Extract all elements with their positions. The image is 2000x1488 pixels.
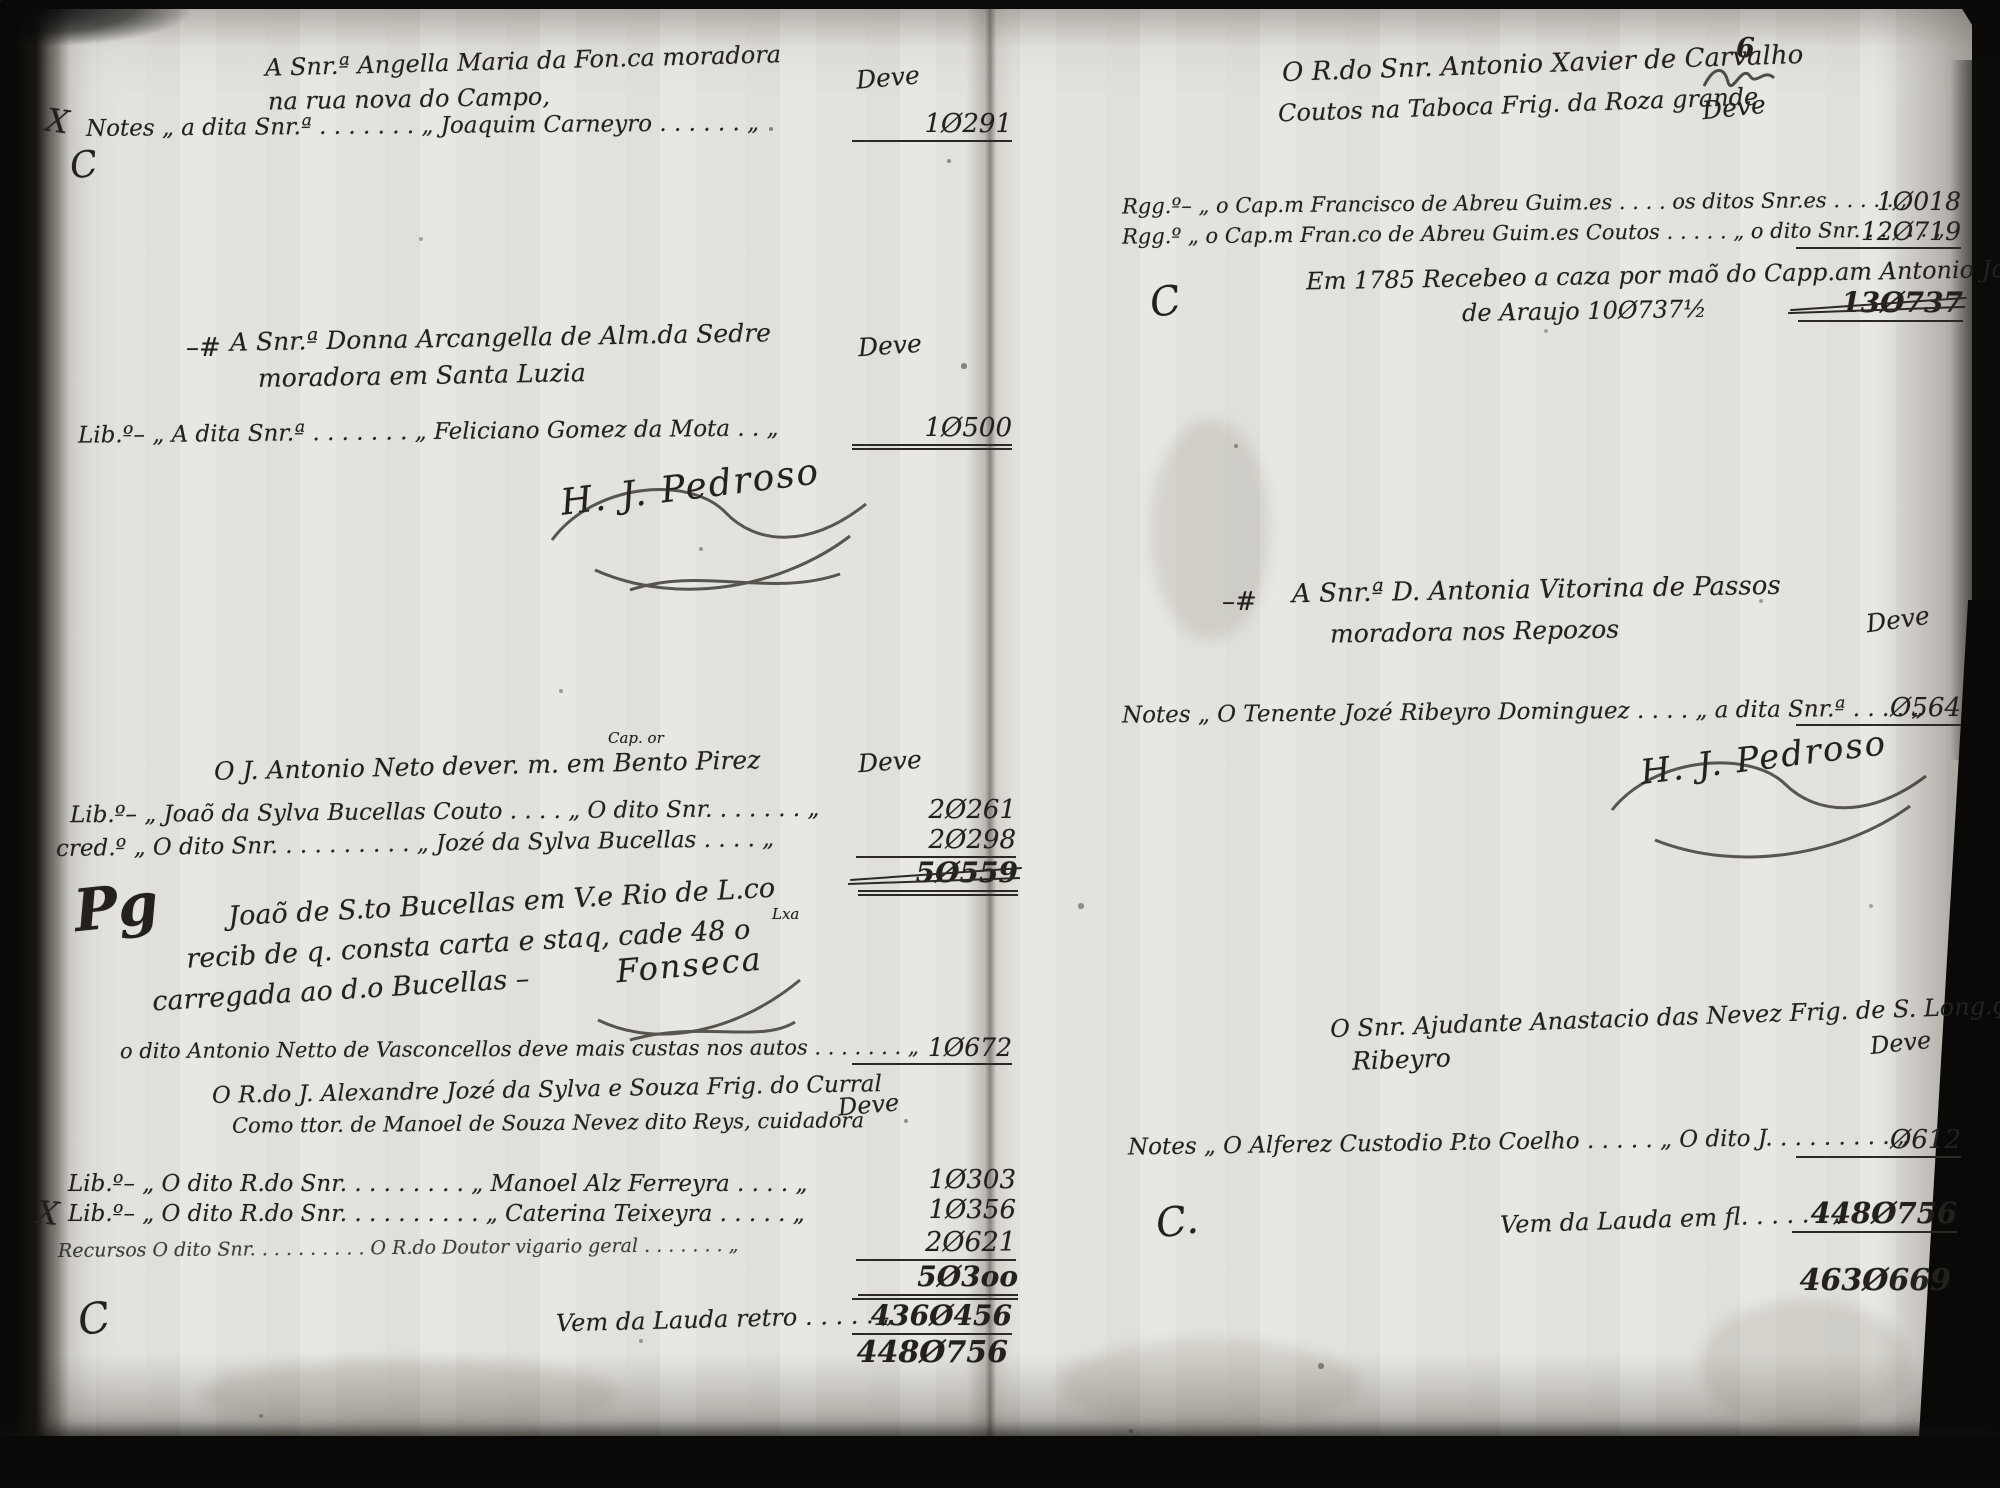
margin-mark-c: C xyxy=(67,144,100,187)
ledger-entry: Lib.º– „ O dito R.do Snr. . . . . . . . … xyxy=(68,1202,805,1227)
subtotal: 5Ø3oo xyxy=(858,1262,1018,1300)
entry-amount: 1Ø356 xyxy=(856,1196,1016,1225)
carry-forward-amount: 436Ø456 xyxy=(852,1298,1012,1335)
ledger-entry: Lib.º– „ O dito R.do Snr. . . . . . . . … xyxy=(68,1172,807,1197)
signature-flourish xyxy=(1600,744,1940,864)
deve-label: Deve xyxy=(1869,1027,1933,1060)
ledger-scan: A Snr.ª Angella Maria da Fon.ca moradora… xyxy=(0,0,2000,1488)
margin-mark-c: C. xyxy=(1153,1197,1201,1246)
account-heading-line2: na rua nova do Campo, xyxy=(268,84,550,115)
ink-specks xyxy=(0,0,2,2)
torn-left-edge xyxy=(18,0,70,1488)
deve-label: Deve xyxy=(855,61,921,94)
scan-edge-top xyxy=(0,0,2000,9)
page-total: 448Ø756 xyxy=(848,1336,1008,1369)
entry-amount: 1Ø500 xyxy=(852,414,1012,450)
margin-mark-hash: –# xyxy=(1222,588,1257,617)
entry-amount: 1Ø291 xyxy=(852,110,1012,142)
entry-amount: 2Ø261 xyxy=(856,796,1016,825)
marginal-note-initial: Pg xyxy=(71,872,161,944)
account-heading-line2: moradora em Santa Luzia xyxy=(258,359,586,392)
section-total: 5Ø559 xyxy=(858,858,1018,896)
margin-mark-x: X xyxy=(34,1195,60,1232)
margin-mark-hash: –# xyxy=(186,334,221,363)
entry-amount: 2Ø621 xyxy=(856,1228,1016,1261)
receipt-note-line2: de Araujo 10Ø737½ xyxy=(1462,296,1707,327)
bleedthrough-smudge xyxy=(200,1360,620,1430)
bleedthrough-smudge xyxy=(1700,1300,1910,1430)
note-superscript: Lxa xyxy=(772,906,799,923)
entry-amount: 2Ø298 xyxy=(856,826,1016,858)
ledger-entry: o dito Antonio Netto de Vasconcellos dev… xyxy=(120,1036,919,1063)
account-heading-line2: Ribeyro xyxy=(1352,1044,1452,1075)
signature-flourish xyxy=(540,470,880,600)
deve-label: Deve xyxy=(857,330,923,362)
entry-amount: Ø564 xyxy=(1796,694,1961,726)
entry-amount: 12Ø719 xyxy=(1796,218,1961,249)
account-heading-line2: moradora nos Repozos xyxy=(1330,615,1620,648)
carry-forward-amount: 448Ø756 xyxy=(1792,1198,1957,1233)
entry-amount: 1Ø672 xyxy=(852,1034,1012,1065)
entry-amount: 1Ø303 xyxy=(856,1166,1016,1195)
entry-amount: 1Ø018 xyxy=(1796,188,1961,216)
page-total: 463Ø669 xyxy=(1786,1264,1951,1297)
heading-superscript: Cap. or xyxy=(608,730,664,747)
scan-edge-bottom xyxy=(0,1436,2000,1488)
bleedthrough-smudge xyxy=(1060,1340,1360,1430)
section-total: 13Ø737 xyxy=(1798,288,1963,322)
scan-corner-blot-top-left xyxy=(0,0,190,46)
entry-amount: Ø612 xyxy=(1796,1126,1961,1158)
deve-label: Deve xyxy=(857,746,923,778)
margin-mark-x: X xyxy=(44,103,71,141)
